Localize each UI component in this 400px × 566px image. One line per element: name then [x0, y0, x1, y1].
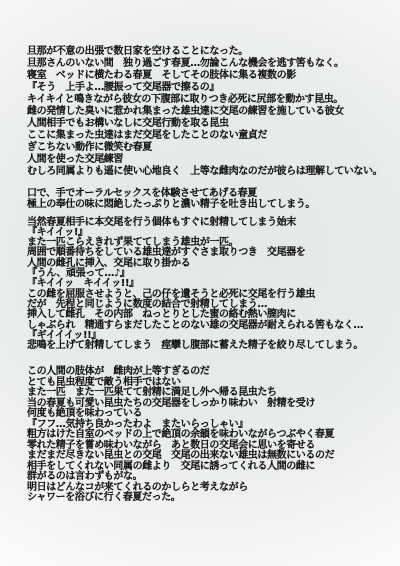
text-line: シャワーを浴びに行く春夏だった。	[27, 493, 396, 504]
text-line: 旦那が不意の出張で数日家を空けることになった。	[27, 46, 396, 58]
text-line: 『そう 上手よ…腰振って交尾器で擦るの』	[27, 82, 396, 94]
paragraph: 旦那が不意の出張で数日家を空けることになった。旦那さんのいない間 独り過ごす春夏…	[27, 46, 396, 178]
text-line: 寝室 ベッドに横たわる春夏 そしてその肢体に集る複数の影	[27, 70, 396, 82]
text-line: 人間相手でもお構いなしに交尾行動を取る昆虫	[27, 118, 396, 130]
story-text-block: 旦那が不意の出張で数日家を空けることになった。旦那さんのいない間 独り過ごす春夏…	[27, 42, 396, 504]
paragraph: この人間の肢体が 雌肉が上等すぎるのだとても昆虫程度で敵う相手ではないまた一匹 …	[27, 367, 396, 504]
paragraph: 当然春夏相手に本交尾を行う個体もすぐに射精してしまう始末『キイイッ!』また一匹こ…	[27, 218, 396, 352]
text-line: ぎこちない動作に微笑む春夏	[27, 142, 396, 154]
text-line: むしろ同属よりも遥に使い心地良く 上等な雌肉なのだが彼らは理解していない。	[27, 166, 396, 178]
text-line: キイキイと鳴きながら彼女の下腹部に取りつき必死に尻部を動かす昆虫。	[27, 94, 396, 106]
text-line: 悲鳴を上げて射精してしまう 痙攣し腹部に蓄えた精子を絞り尽してしまう。	[27, 341, 396, 351]
text-line: 旦那さんのいない間 独り過ごす春夏…勿論こんな機会を逃す筈もなく。	[27, 58, 396, 70]
text-line: 人間を使った交尾練習	[27, 154, 396, 166]
scanned-text-page: 旦那が不意の出張で数日家を空けることになった。旦那さんのいない間 独り過ごす春夏…	[0, 0, 400, 566]
text-line: 極上の奉仕の味に悶絶したっぷりと濃い精子を吐き出してしまう。	[27, 200, 396, 211]
text-line: 雌の発情した臭いに惹かれ集まった雄虫達に交尾の練習を施している彼女	[27, 106, 396, 118]
paragraph: 口で、手でオーラルセックスを体験させてあげる春夏極上の奉仕の味に悶絶したっぷりと…	[27, 189, 396, 211]
text-line: ここに集まった虫達はまだ交尾をしたことのない童貞だ	[27, 130, 396, 142]
